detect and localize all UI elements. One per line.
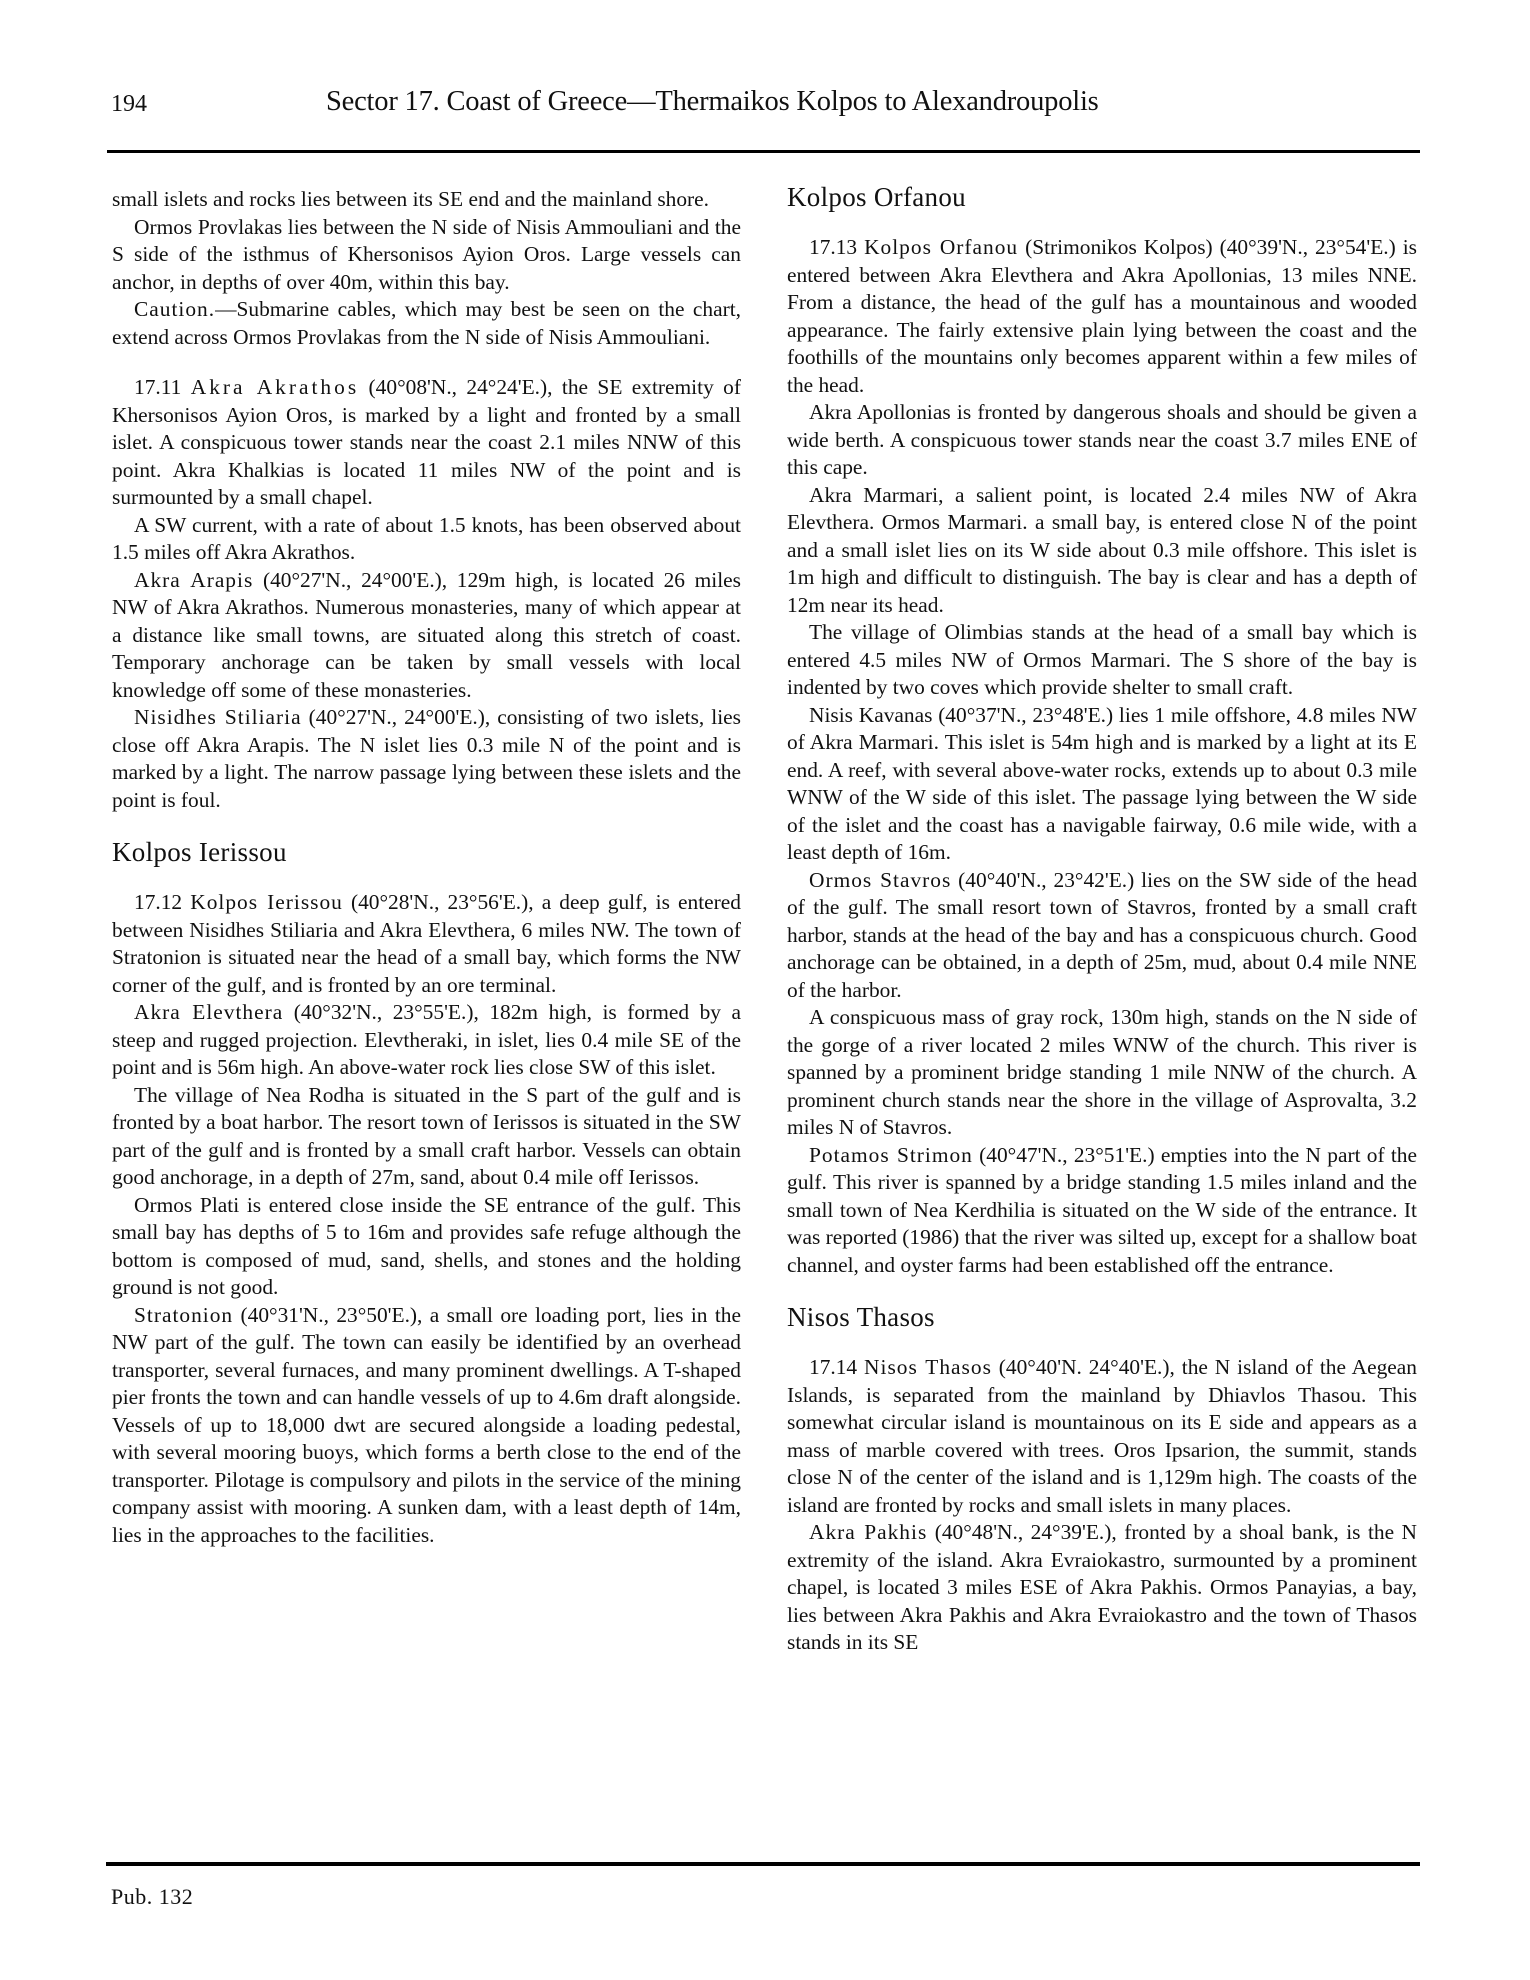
running-title: Sector 17. Coast of Greece—Thermaikos Ko… [326, 86, 1099, 118]
lead-term: Akra Arapis [134, 568, 253, 592]
footer-rule [106, 1862, 1420, 1866]
left-column: small islets and rocks lies between its … [112, 186, 741, 1549]
right-column: Kolpos Orfanou 17.13 Kolpos Orfanou (Str… [787, 181, 1417, 1657]
paragraph: Akra Arapis (40°27'N., 24°00'E.), 129m h… [112, 567, 741, 705]
paragraph: Akra Marmari, a salient point, is locate… [787, 482, 1417, 620]
lead-term: Stratonion [134, 1303, 233, 1327]
paragraph-text: (Strimonikos Kolpos) (40°39'N., 23°54'E.… [787, 235, 1417, 397]
section-heading: Kolpos Ierissou [112, 836, 741, 868]
page-number: 194 [111, 90, 147, 118]
lead-term: Akra Pakhis [809, 1520, 927, 1544]
paragraph: A conspicuous mass of gray rock, 130m hi… [787, 1004, 1417, 1142]
paragraph-caution: Caution.—Submarine cables, which may bes… [112, 296, 741, 351]
section-heading: Nisos Thasos [787, 1301, 1417, 1333]
section-heading: Kolpos Orfanou [787, 181, 1417, 213]
lead-term: Ormos Stavros [809, 868, 951, 892]
lead-term: Kolpos Ierissou [190, 890, 343, 914]
lead-term: Nisos Thasos [864, 1355, 992, 1379]
paragraph: Nisis Kavanas (40°37'N., 23°48'E.) lies … [787, 702, 1417, 867]
paragraph: Ormos Stavros (40°40'N., 23°42'E.) lies … [787, 867, 1417, 1005]
paragraph: Nisidhes Stiliaria (40°27'N., 24°00'E.),… [112, 704, 741, 814]
lead-term: Akra Akrathos [191, 375, 359, 399]
paragraph: small islets and rocks lies between its … [112, 186, 741, 214]
lead-term: Caution. [134, 297, 215, 321]
paragraph-text: (40°40'N. 24°40'E.), the N island of the… [787, 1355, 1417, 1517]
paragraph: The village of Nea Rodha is situated in … [112, 1082, 741, 1192]
paragraph: A SW current, with a rate of about 1.5 k… [112, 512, 741, 567]
paragraph-17-14: 17.14 Nisos Thasos (40°40'N. 24°40'E.), … [787, 1354, 1417, 1519]
lead-term: Nisidhes Stiliaria [134, 705, 302, 729]
header-rule [107, 150, 1420, 153]
paragraph: Ormos Provlakas lies between the N side … [112, 214, 741, 297]
paragraph-17-13: 17.13 Kolpos Orfanou (Strimonikos Kolpos… [787, 234, 1417, 399]
paragraph: The village of Olimbias stands at the he… [787, 619, 1417, 702]
lead-term: Kolpos Orfanou [864, 235, 1018, 259]
section-number: 17.14 [809, 1355, 857, 1379]
lead-term: Akra Elevthera [134, 1000, 283, 1024]
section-number: 17.12 [134, 890, 182, 914]
paragraph: Akra Apollonias is fronted by dangerous … [787, 399, 1417, 482]
paragraph-text: (40°31'N., 23°50'E.), a small ore loadin… [112, 1303, 741, 1547]
section-number: 17.13 [809, 235, 857, 259]
paragraph: Akra Elevthera (40°32'N., 23°55'E.), 182… [112, 999, 741, 1082]
paragraph: Akra Pakhis (40°48'N., 24°39'E.), fronte… [787, 1519, 1417, 1657]
paragraph: Stratonion (40°31'N., 23°50'E.), a small… [112, 1302, 741, 1550]
publication-label: Pub. 132 [111, 1884, 193, 1910]
paragraph-17-12: 17.12 Kolpos Ierissou (40°28'N., 23°56'E… [112, 889, 741, 999]
paragraph: Potamos Strimon (40°47'N., 23°51'E.) emp… [787, 1142, 1417, 1280]
section-number: 17.11 [134, 375, 181, 399]
paragraph: Ormos Plati is entered close inside the … [112, 1192, 741, 1302]
paragraph-17-11: 17.11 Akra Akrathos (40°08'N., 24°24'E.)… [112, 374, 741, 512]
lead-term: Potamos Strimon [809, 1143, 973, 1167]
